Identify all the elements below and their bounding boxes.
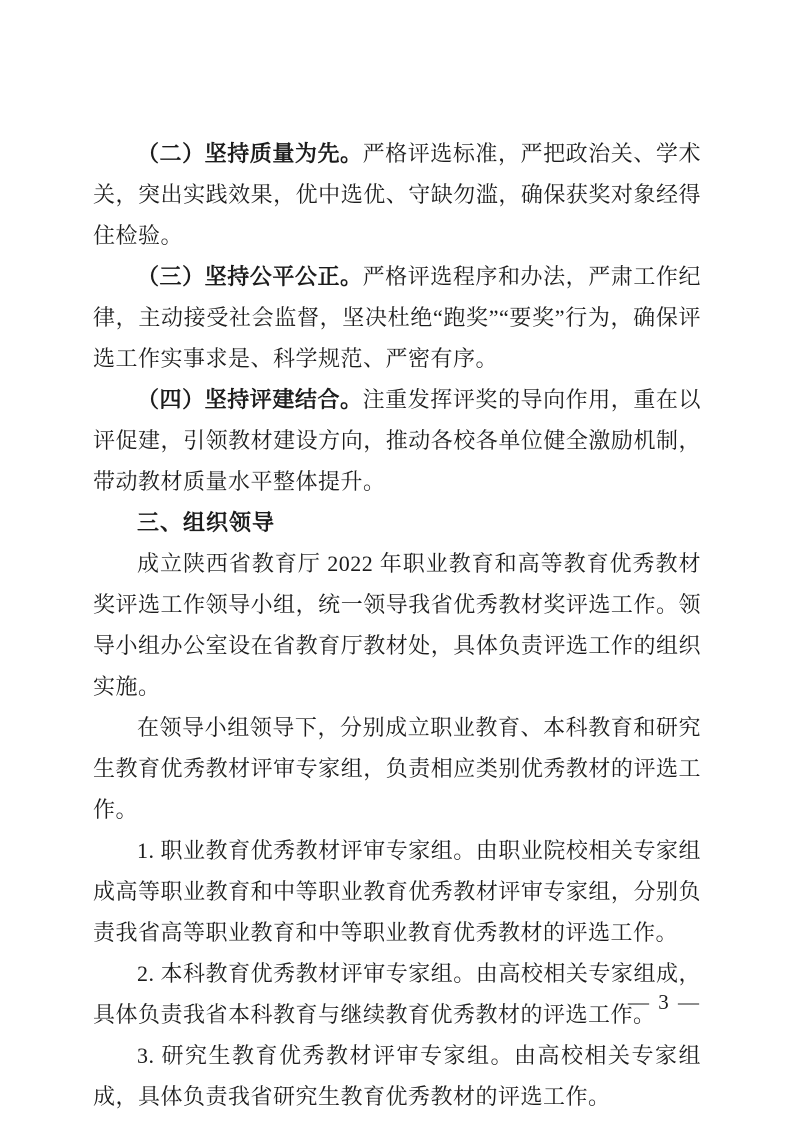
document-page: （二）坚持质量为先。严格评选标准，严把政治关、学术关，突出实践效果，优中选优、守… <box>0 0 793 1122</box>
paragraph-item-4: （四）坚持评建结合。注重发挥评奖的导向作用，重在以评促建，引领教材建设方向，推动… <box>93 379 701 502</box>
paragraph-undergraduate-group: 2. 本科教育优秀教材评审专家组。由高校相关专家组成，具体负责我省本科教育与继续… <box>93 953 701 1035</box>
paragraph-lead: （四）坚持评建结合。 <box>137 387 363 412</box>
paragraph-lead: （二）坚持质量为先。 <box>137 141 363 166</box>
page-number: — 3 — <box>628 990 701 1014</box>
paragraph-item-2: （二）坚持质量为先。严格评选标准，严把政治关、学术关，突出实践效果，优中选优、守… <box>93 133 701 256</box>
paragraph-lead: （三）坚持公平公正。 <box>137 264 363 289</box>
document-body: （二）坚持质量为先。严格评选标准，严把政治关、学术关，突出实践效果，优中选优、守… <box>93 133 701 1117</box>
paragraph-postgraduate-group: 3. 研究生教育优秀教材评审专家组。由高校相关专家组成，具体负责我省研究生教育优… <box>93 1035 701 1117</box>
paragraph-expert-groups: 在领导小组领导下，分别成立职业教育、本科教育和研究生教育优秀教材评审专家组，负责… <box>93 707 701 830</box>
paragraph-leading-group: 成立陕西省教育厅 2022 年职业教育和高等教育优秀教材奖评选工作领导小组，统一… <box>93 543 701 707</box>
paragraph-item-3: （三）坚持公平公正。严格评选程序和办法，严肃工作纪律，主动接受社会监督，坚决杜绝… <box>93 256 701 379</box>
section-heading-organization: 三、组织领导 <box>93 502 701 543</box>
paragraph-vocational-group: 1. 职业教育优秀教材评审专家组。由职业院校相关专家组成高等职业教育和中等职业教… <box>93 830 701 953</box>
